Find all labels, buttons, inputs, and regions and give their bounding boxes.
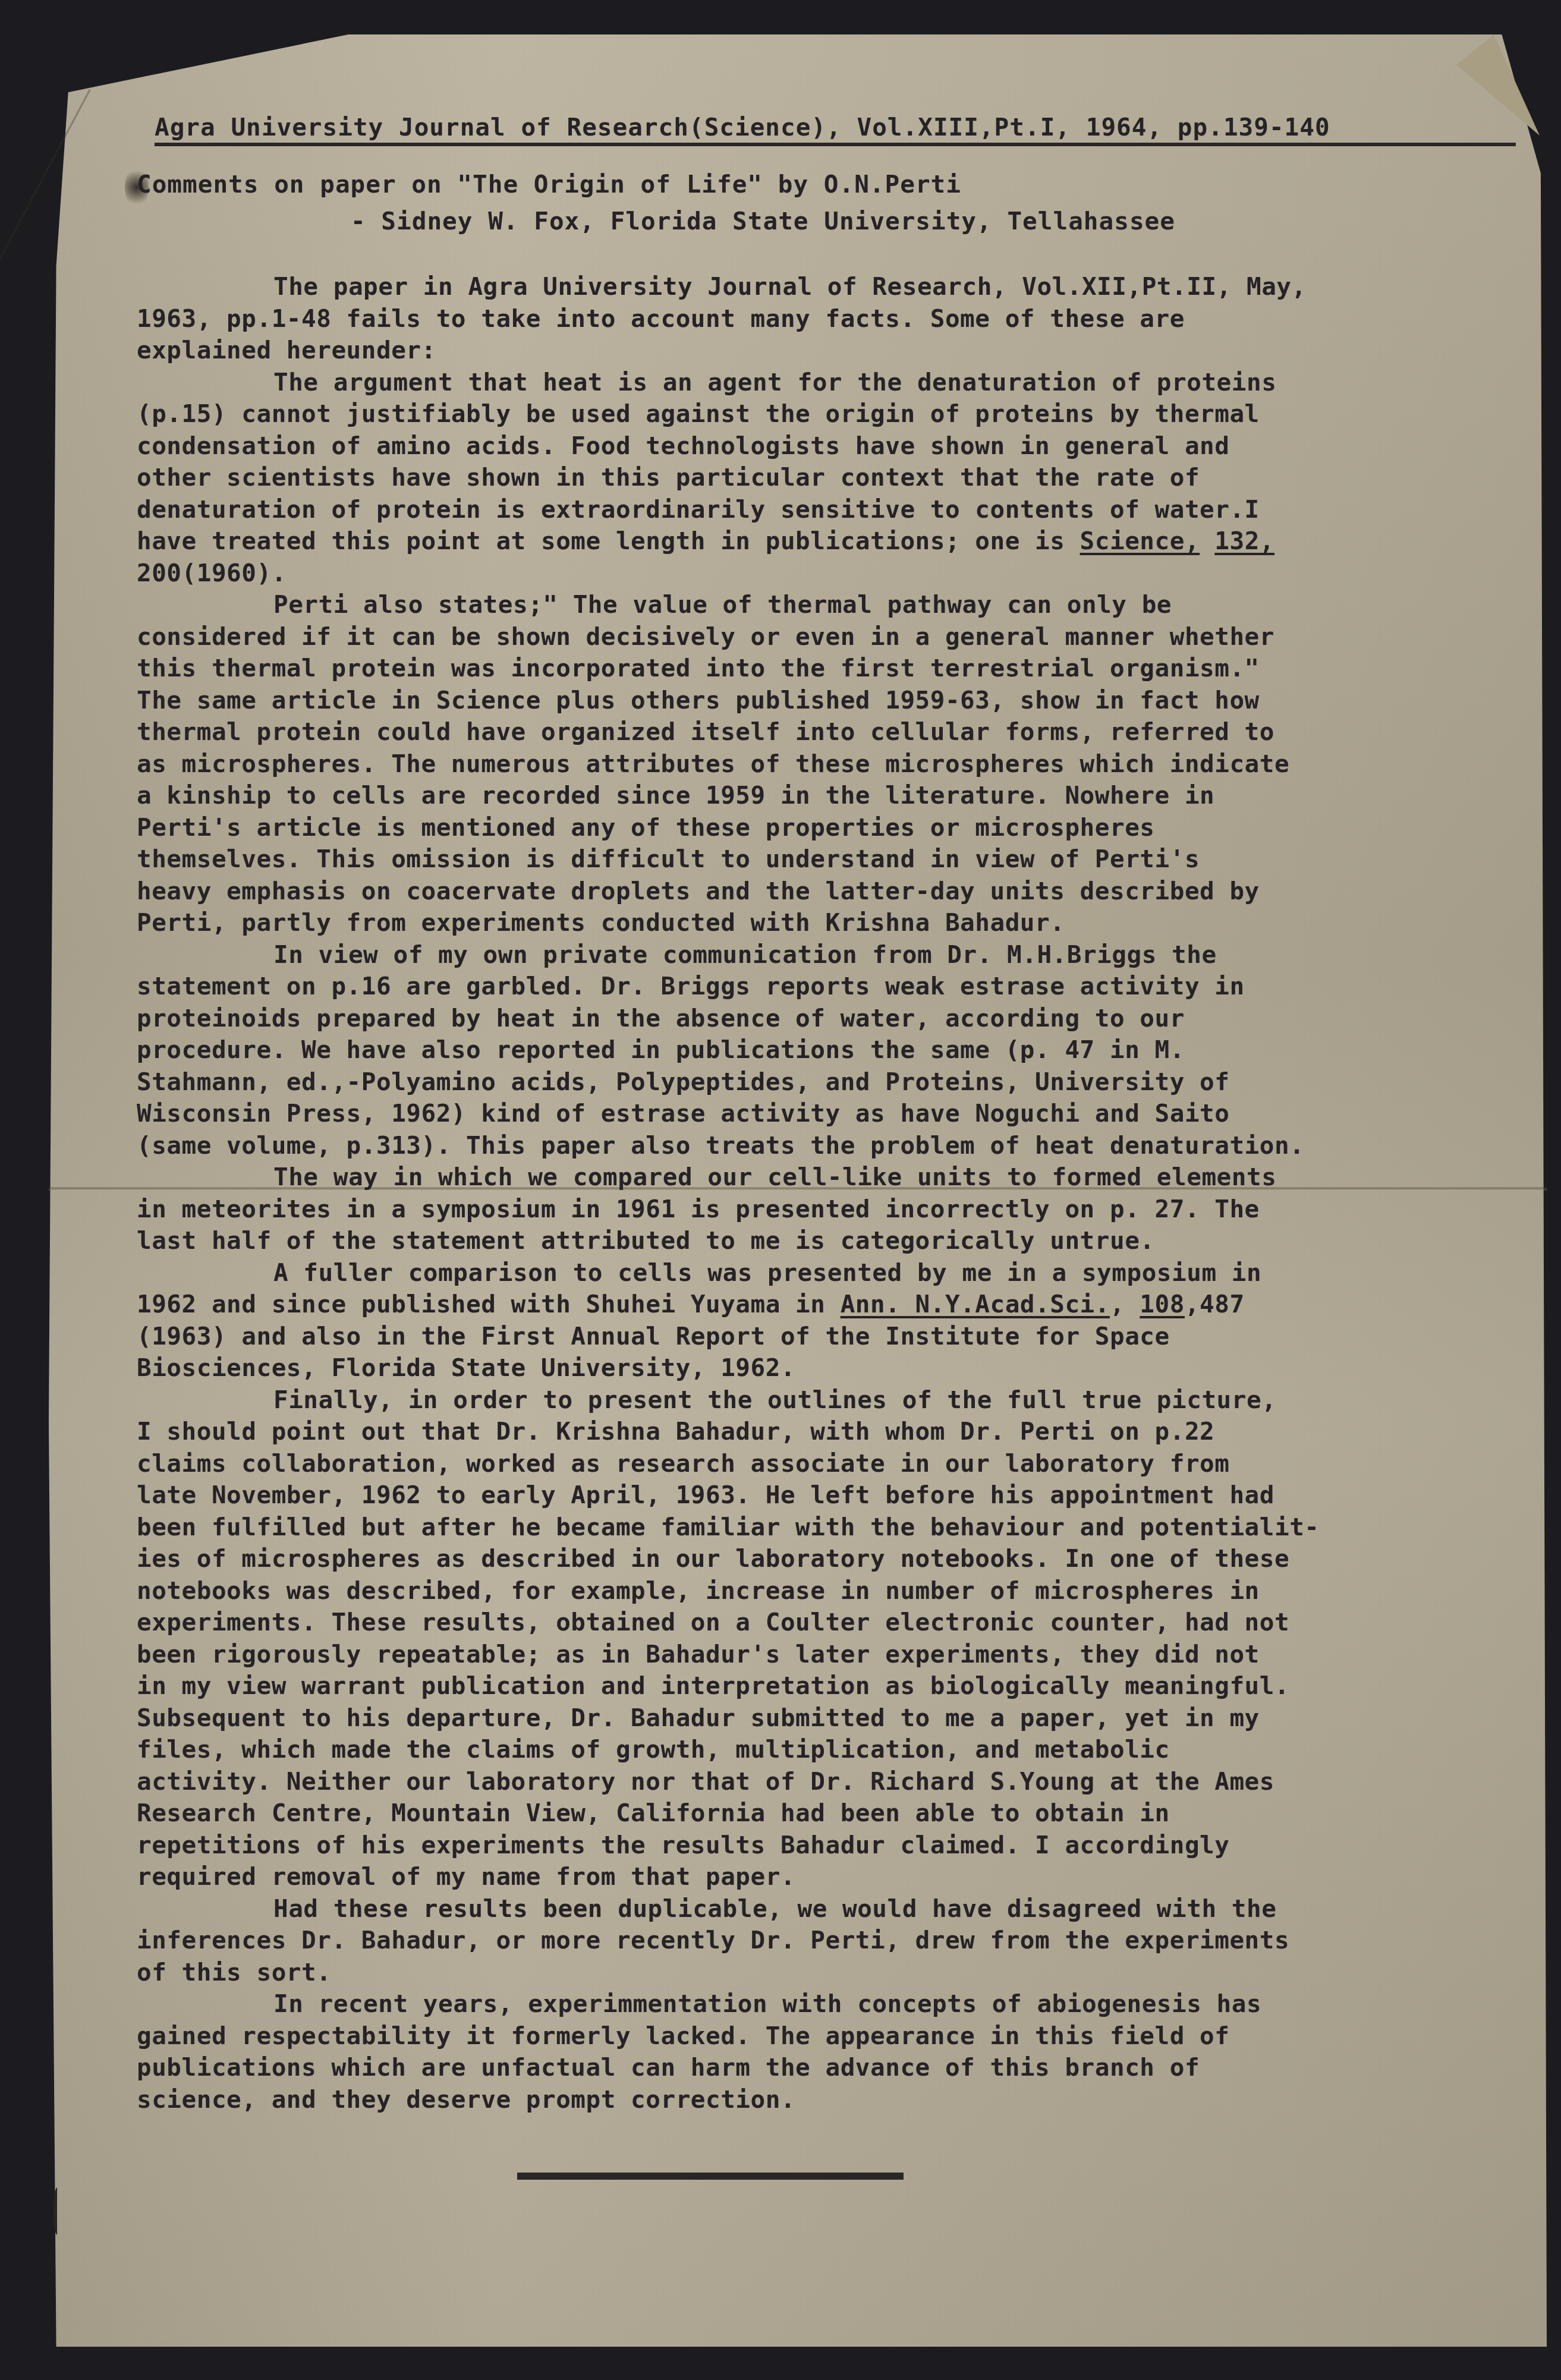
text-line: Subsequent to his departure, Dr. Bahadur… bbox=[137, 1702, 1522, 1734]
text-line: statement on p.16 are garbled. Dr. Brigg… bbox=[137, 971, 1522, 1003]
text-line: in my view warrant publication and inter… bbox=[137, 1670, 1522, 1702]
paragraph-intro: The paper in Agra University Journal of … bbox=[137, 271, 1522, 367]
citation-separator: , bbox=[1110, 1290, 1140, 1318]
text-line: Finally, in order to present the outline… bbox=[137, 1384, 1522, 1416]
text-line: thermal protein could have organized its… bbox=[137, 716, 1522, 748]
text-line: Stahmann, ed.,-Polyamino acids, Polypept… bbox=[137, 1066, 1522, 1098]
text-line-with-citation: 1962 and since published with Shuhei Yuy… bbox=[137, 1289, 1522, 1321]
text-line: explained hereunder: bbox=[137, 335, 1522, 367]
text-line: Biosciences, Florida State University, 1… bbox=[137, 1352, 1522, 1384]
text-line: The argument that heat is an agent for t… bbox=[137, 367, 1522, 399]
text-segment: 1962 and since published with Shuhei Yuy… bbox=[137, 1290, 841, 1318]
text-line: procedure. We have also reported in publ… bbox=[137, 1034, 1522, 1066]
text-line: (1963) and also in the First Annual Repo… bbox=[137, 1321, 1522, 1353]
text-line: publications which are unfactual can har… bbox=[137, 2052, 1522, 2084]
citation-journal: Ann. N.Y.Acad.Sci. bbox=[841, 1290, 1110, 1318]
text-line: Perti also states;" The value of thermal… bbox=[137, 589, 1522, 621]
text-line: been fulfilled but after he became famil… bbox=[137, 1512, 1522, 1544]
text-line: repetitions of his experiments the resul… bbox=[137, 1830, 1522, 1862]
typewritten-document: Agra University Journal of Research(Scie… bbox=[137, 113, 1522, 2115]
text-line: claims collaboration, worked as research… bbox=[137, 1448, 1522, 1480]
text-line: Perti's article is mentioned any of thes… bbox=[137, 812, 1522, 844]
text-line: The way in which we compared our cell-li… bbox=[137, 1161, 1522, 1194]
citation-pages: ,487 bbox=[1185, 1290, 1245, 1318]
text-line: 1963, pp.1-48 fails to take into account… bbox=[137, 303, 1522, 335]
text-line: 200(1960). bbox=[137, 558, 1522, 590]
paragraph-bahadur: Finally, in order to present the outline… bbox=[137, 1384, 1522, 1893]
text-line: activity. Neither our laboratory nor tha… bbox=[137, 1766, 1522, 1798]
text-line: (same volume, p.313). This paper also tr… bbox=[137, 1130, 1522, 1162]
document-body: The paper in Agra University Journal of … bbox=[137, 271, 1522, 2115]
text-line: I should point out that Dr. Krishna Baha… bbox=[137, 1416, 1522, 1448]
margin-bracket-mark bbox=[53, 2187, 63, 2235]
text-line: A fuller comparison to cells was present… bbox=[137, 1257, 1522, 1289]
text-line: of this sort. bbox=[137, 1957, 1522, 1989]
text-line: The paper in Agra University Journal of … bbox=[137, 271, 1522, 303]
text-line: other scientists have shown in this part… bbox=[137, 462, 1522, 494]
text-line: been rigorously repeatable; as in Bahadu… bbox=[137, 1639, 1522, 1671]
text-line: Research Centre, Mountain View, Californ… bbox=[137, 1797, 1522, 1830]
text-line: Had these results been duplicable, we wo… bbox=[137, 1893, 1522, 1925]
paragraph-duplicable: Had these results been duplicable, we wo… bbox=[137, 1893, 1522, 1989]
text-line: themselves. This omission is difficult t… bbox=[137, 843, 1522, 876]
paragraph-fuller-comparison: A fuller comparison to cells was present… bbox=[137, 1257, 1522, 1384]
document-title: Comments on paper on "The Origin of Life… bbox=[137, 170, 1522, 199]
text-line: in meteorites in a symposium in 1961 is … bbox=[137, 1194, 1522, 1226]
text-line: files, which made the claims of growth, … bbox=[137, 1734, 1522, 1766]
paragraph-meteorites: The way in which we compared our cell-li… bbox=[137, 1161, 1522, 1257]
text-line: proteinoids prepared by heat in the abse… bbox=[137, 1003, 1522, 1035]
citation-volume: 108 bbox=[1140, 1290, 1185, 1318]
paragraph-perti-quote: Perti also states;" The value of thermal… bbox=[137, 589, 1522, 939]
text-line: late November, 1962 to early April, 1963… bbox=[137, 1479, 1522, 1512]
text-line: condensation of amino acids. Food techno… bbox=[137, 430, 1522, 462]
end-of-text-rule bbox=[517, 2173, 904, 2180]
text-line: inferences Dr. Bahadur, or more recently… bbox=[137, 1925, 1522, 1957]
paragraph-heat-denaturation: The argument that heat is an agent for t… bbox=[137, 367, 1522, 590]
author-attribution: - Sidney W. Fox, Florida State Universit… bbox=[351, 207, 1522, 235]
text-line: last half of the statement attributed to… bbox=[137, 1225, 1522, 1257]
paragraph-briggs: In view of my own private communication … bbox=[137, 939, 1522, 1162]
text-line: science, and they deserve prompt correct… bbox=[137, 2084, 1522, 2116]
text-segment: have treated this point at some length i… bbox=[137, 527, 1080, 555]
text-line: Wisconsin Press, 1962) kind of estrase a… bbox=[137, 1098, 1522, 1130]
journal-citation-header: Agra University Journal of Research(Scie… bbox=[155, 113, 1516, 146]
text-line: The same article in Science plus others … bbox=[137, 685, 1522, 717]
text-line-with-citation: have treated this point at some length i… bbox=[137, 525, 1522, 558]
text-line: as microspheres. The numerous attributes… bbox=[137, 748, 1522, 780]
citation-journal: Science, bbox=[1080, 527, 1200, 555]
text-line: (p.15) cannot justifiably be used agains… bbox=[137, 398, 1522, 430]
text-line: ies of microspheres as described in our … bbox=[137, 1543, 1522, 1575]
text-line: In view of my own private communication … bbox=[137, 939, 1522, 971]
text-line: Perti, partly from experiments conducted… bbox=[137, 907, 1522, 939]
paragraph-conclusion: In recent years, experimmentation with c… bbox=[137, 1988, 1522, 2115]
text-line: experiments. These results, obtained on … bbox=[137, 1607, 1522, 1639]
text-line: a kinship to cells are recorded since 19… bbox=[137, 780, 1522, 812]
text-line: this thermal protein was incorporated in… bbox=[137, 653, 1522, 685]
text-line: required removal of my name from that pa… bbox=[137, 1861, 1522, 1893]
text-line: denaturation of protein is extraordinari… bbox=[137, 494, 1522, 526]
citation-volume: 132, bbox=[1214, 527, 1274, 555]
text-line: notebooks was described, for example, in… bbox=[137, 1575, 1522, 1607]
text-line: In recent years, experimmentation with c… bbox=[137, 1988, 1522, 2020]
text-line: considered if it can be shown decisively… bbox=[137, 621, 1522, 653]
text-line: heavy emphasis on coacervate droplets an… bbox=[137, 876, 1522, 908]
text-line: gained respectability it formerly lacked… bbox=[137, 2020, 1522, 2052]
